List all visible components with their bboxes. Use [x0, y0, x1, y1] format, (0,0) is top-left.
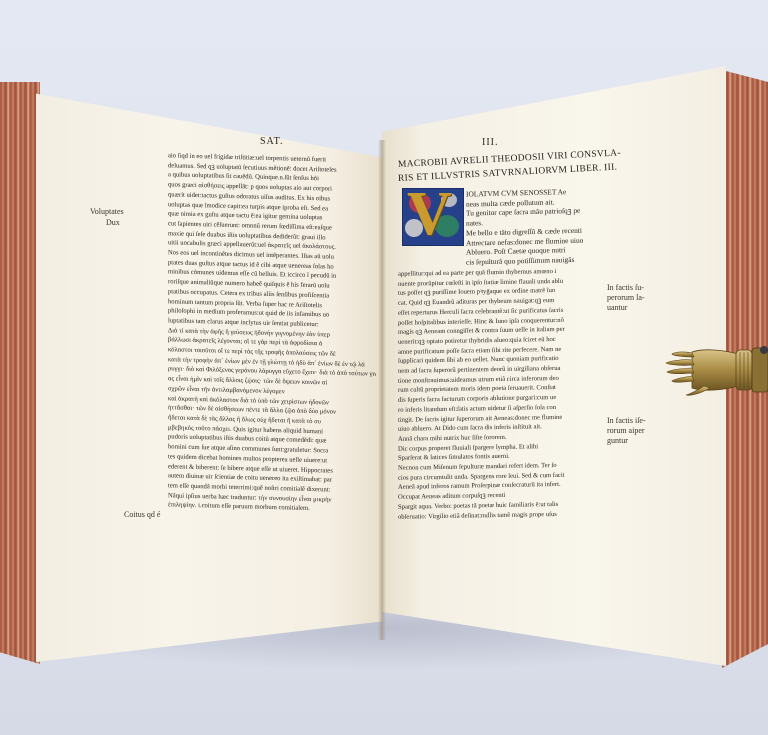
margin-note-voluptates: Voluptates [90, 207, 124, 217]
left-page-text: aio ſiqd in eo uel frigidæ triſtitiæ:uel… [168, 151, 376, 515]
margin-note-line: uantur [607, 303, 645, 313]
margin-note-line: In factis iſe- [607, 416, 646, 426]
illuminated-initial: V [402, 188, 464, 246]
margin-note-superorum: In factis ſu- perorum la- uantur [607, 283, 645, 313]
margin-note-line: guntur [607, 436, 646, 446]
brass-hand-clasp-icon [664, 342, 768, 398]
initial-letter: V [407, 188, 452, 245]
margin-note-coitus: Coitus qd é [124, 510, 160, 520]
margin-note-line: In factis ſu- [607, 283, 645, 293]
left-running-head: SAT. [260, 136, 284, 147]
right-page-opening-text: IOLATVM CVM SENOSSET Aeneas multa cæde p… [466, 186, 596, 267]
margin-note-line: rorum aiper [607, 426, 646, 436]
right-running-head: III. [482, 137, 499, 148]
book-photo: SAT. Voluptates Dux Coitus qd é aio ſiqd… [0, 0, 768, 735]
left-fore-edge [0, 82, 40, 664]
margin-note-line: perorum la- [607, 293, 645, 303]
right-page-text: appellitur:qui ad ea parte per quã flumi… [398, 266, 598, 522]
margin-note-dux: Dux [106, 218, 120, 228]
margin-note-inferorum: In factis iſe- rorum aiper guntur [607, 416, 646, 446]
gutter [378, 140, 386, 640]
